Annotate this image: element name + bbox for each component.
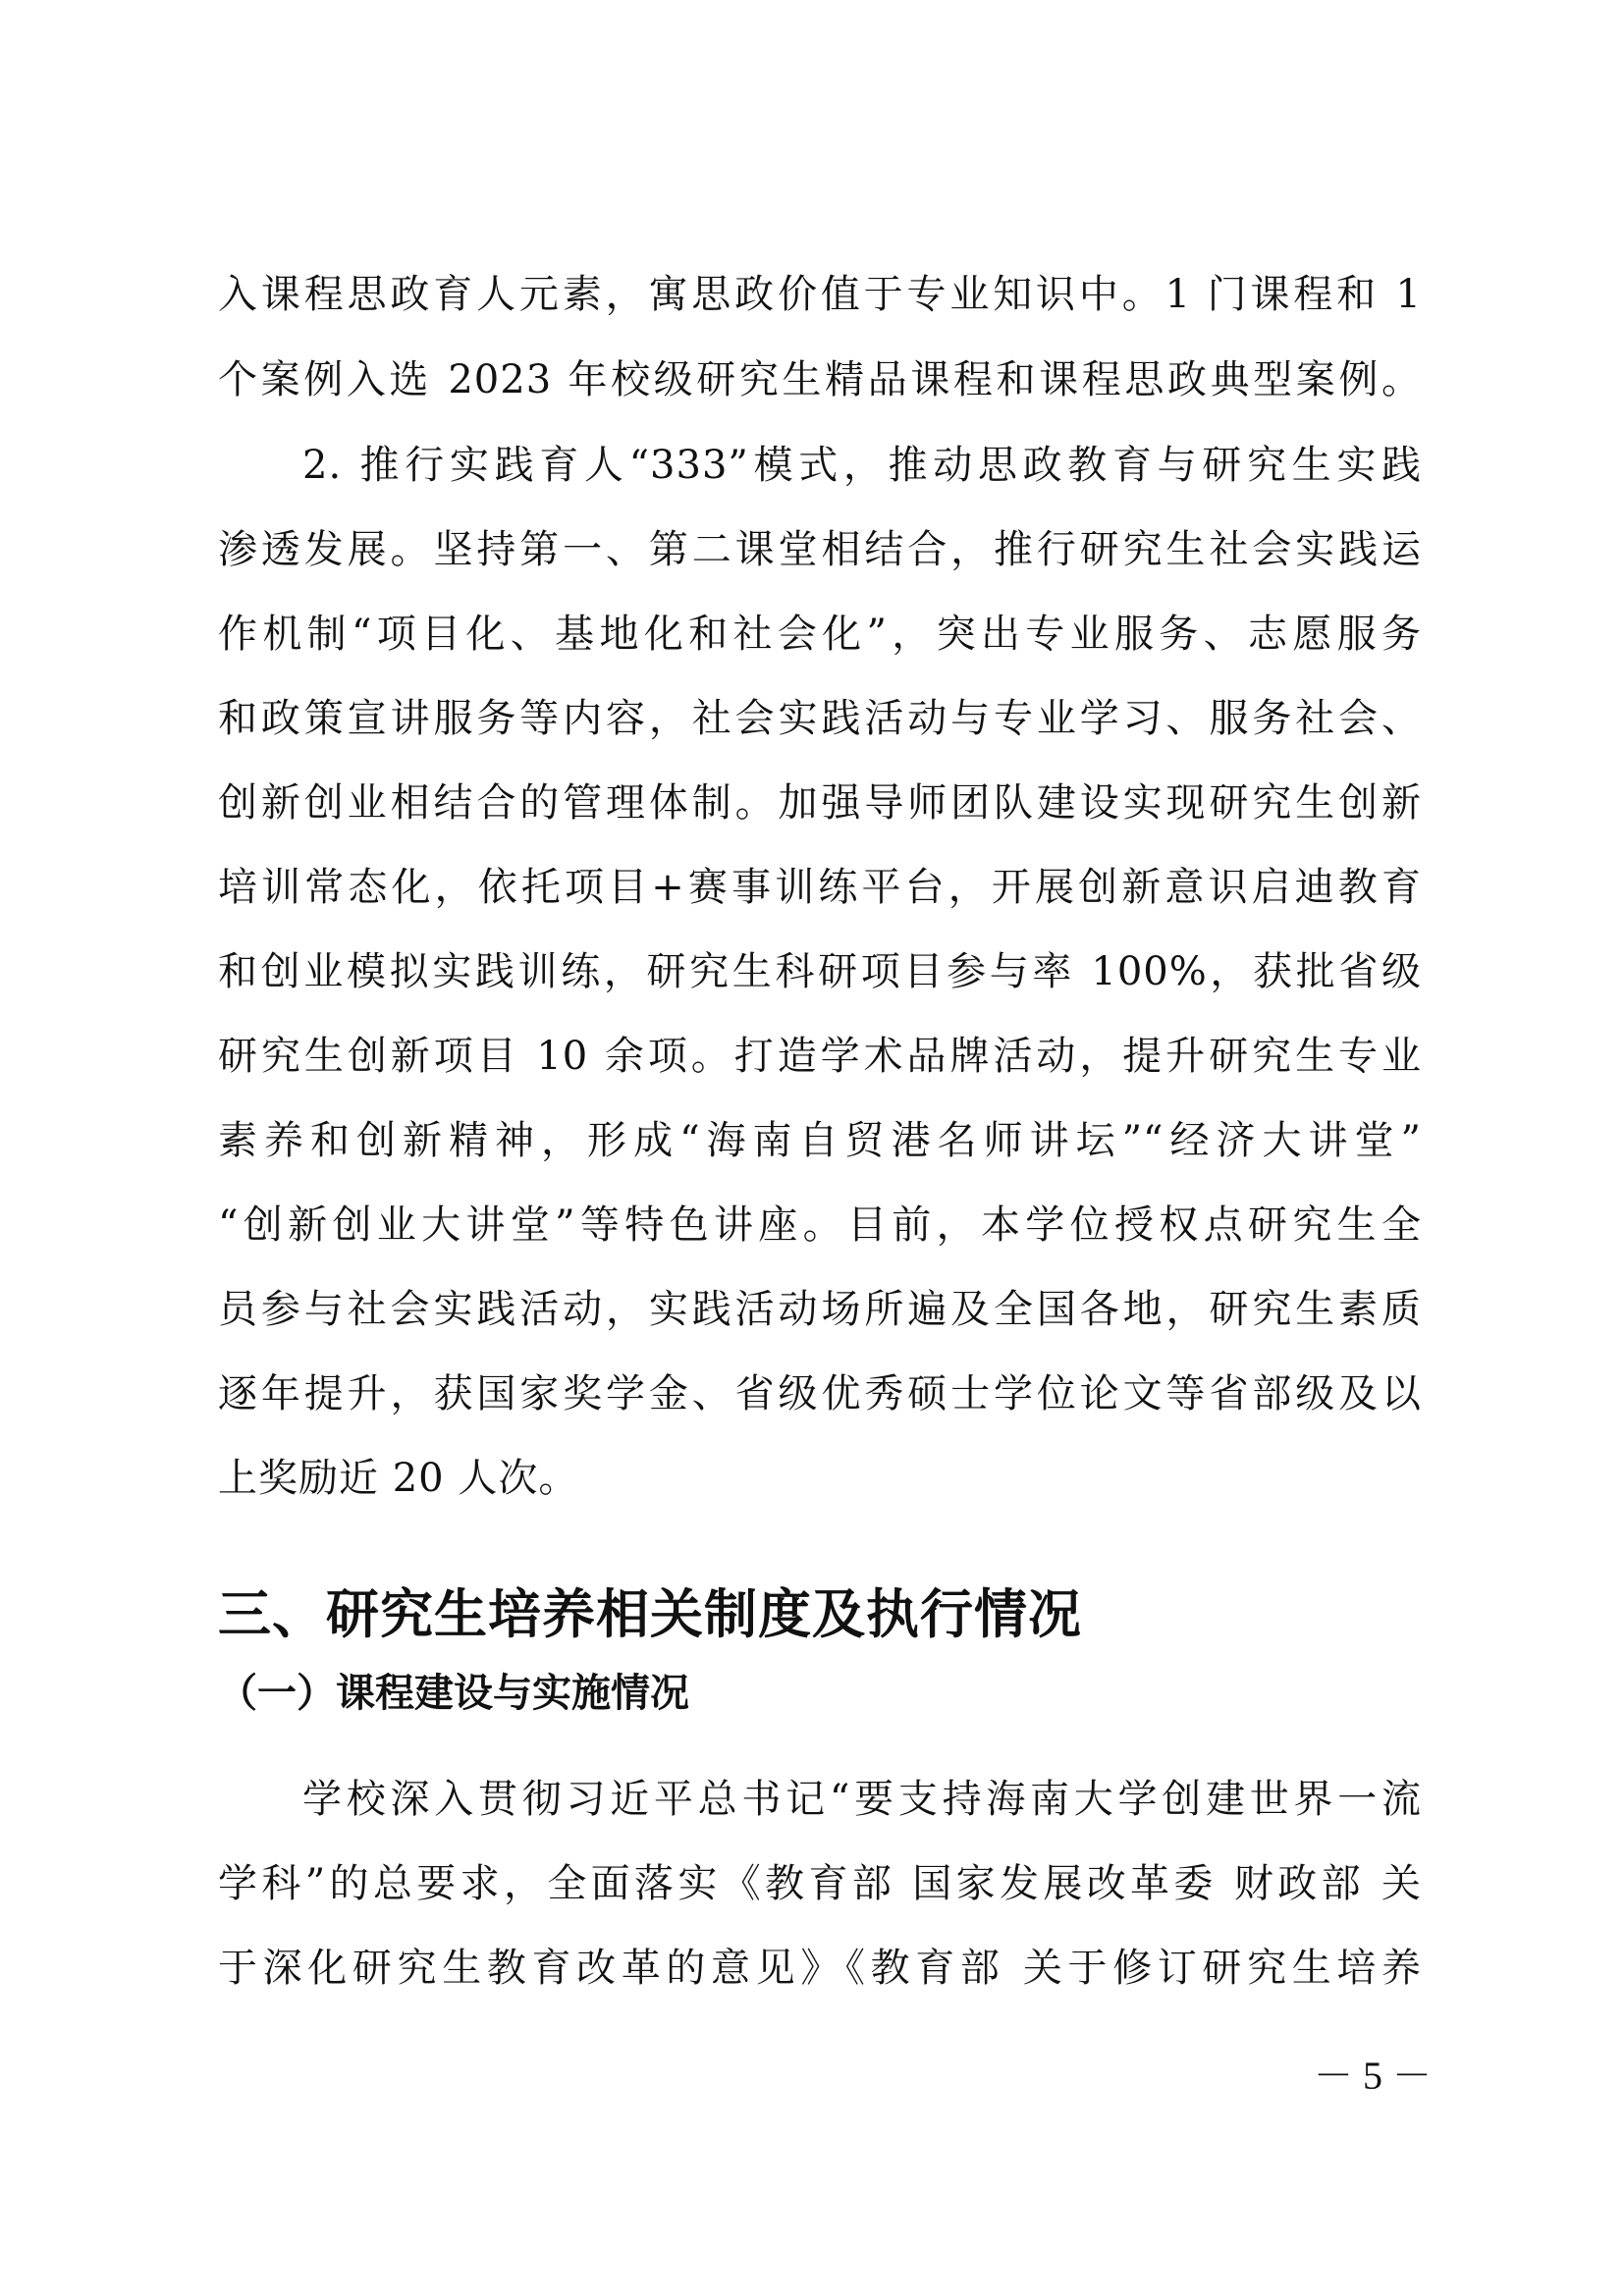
paragraph-line: 作机制“项目化、基地化和社会化”，突出专业服务、志愿服务 (218, 610, 1422, 659)
paragraph-line: 学校深入贯彻习近平总书记“要支持海南大学创建世界一流 (302, 1775, 1422, 1824)
paragraph-line: 2. 推行实践育人“333”模式，推动思政教育与研究生实践 (302, 441, 1422, 490)
paragraph-line: 和政策宣讲服务等内容，社会实践活动与专业学习、服务社会、 (218, 694, 1422, 743)
paragraph-line: 上奖励近 20 人次。 (218, 1454, 578, 1503)
page-number: － 5 － (1314, 2052, 1432, 2101)
paragraph-line: 入课程思政育人元素，寓思政价值于专业知识中。1 门课程和 1 (218, 270, 1422, 319)
document-page: 入课程思政育人元素，寓思政价值于专业知识中。1 门课程和 1 个案例入选 202… (0, 0, 1624, 2296)
paragraph-line: 员参与社会实践活动，实践活动场所遍及全国各地，研究生素质 (218, 1285, 1422, 1334)
paragraph-line: 创新创业相结合的管理体制。加强导师团队建设实现研究生创新 (218, 778, 1422, 828)
paragraph-line: 和创业模拟实践训练，研究生科研项目参与率 100%，获批省级 (218, 947, 1422, 996)
paragraph-line: 个案例入选 2023 年校级研究生精品课程和课程思政典型案例。 (218, 355, 1422, 404)
section-heading: 三、研究生培养相关制度及执行情况 (218, 1582, 1082, 1647)
subsection-heading: （一）课程建设与实施情况 (218, 1669, 689, 1718)
paragraph-line: 于深化研究生教育改革的意见》《教育部 关于修订研究生培养 (218, 1944, 1422, 1993)
paragraph-line: 逐年提升，获国家奖学金、省级优秀硕士学位论文等省部级及以 (218, 1369, 1422, 1418)
paragraph-line: 渗透发展。坚持第一、第二课堂相结合，推行研究生社会实践运 (218, 525, 1422, 574)
paragraph-line: 学科”的总要求，全面落实《教育部 国家发展改革委 财政部 关 (218, 1859, 1422, 1908)
paragraph-line: 素养和创新精神，形成“海南自贸港名师讲坛”“经济大讲堂” (218, 1116, 1422, 1165)
paragraph-line: 培训常态化，依托项目+赛事训练平台，开展创新意识启迪教育 (218, 863, 1422, 912)
paragraph-line: “创新创业大讲堂”等特色讲座。目前，本学位授权点研究生全 (218, 1201, 1422, 1250)
paragraph-line: 研究生创新项目 10 余项。打造学术品牌活动，提升研究生专业 (218, 1032, 1422, 1081)
